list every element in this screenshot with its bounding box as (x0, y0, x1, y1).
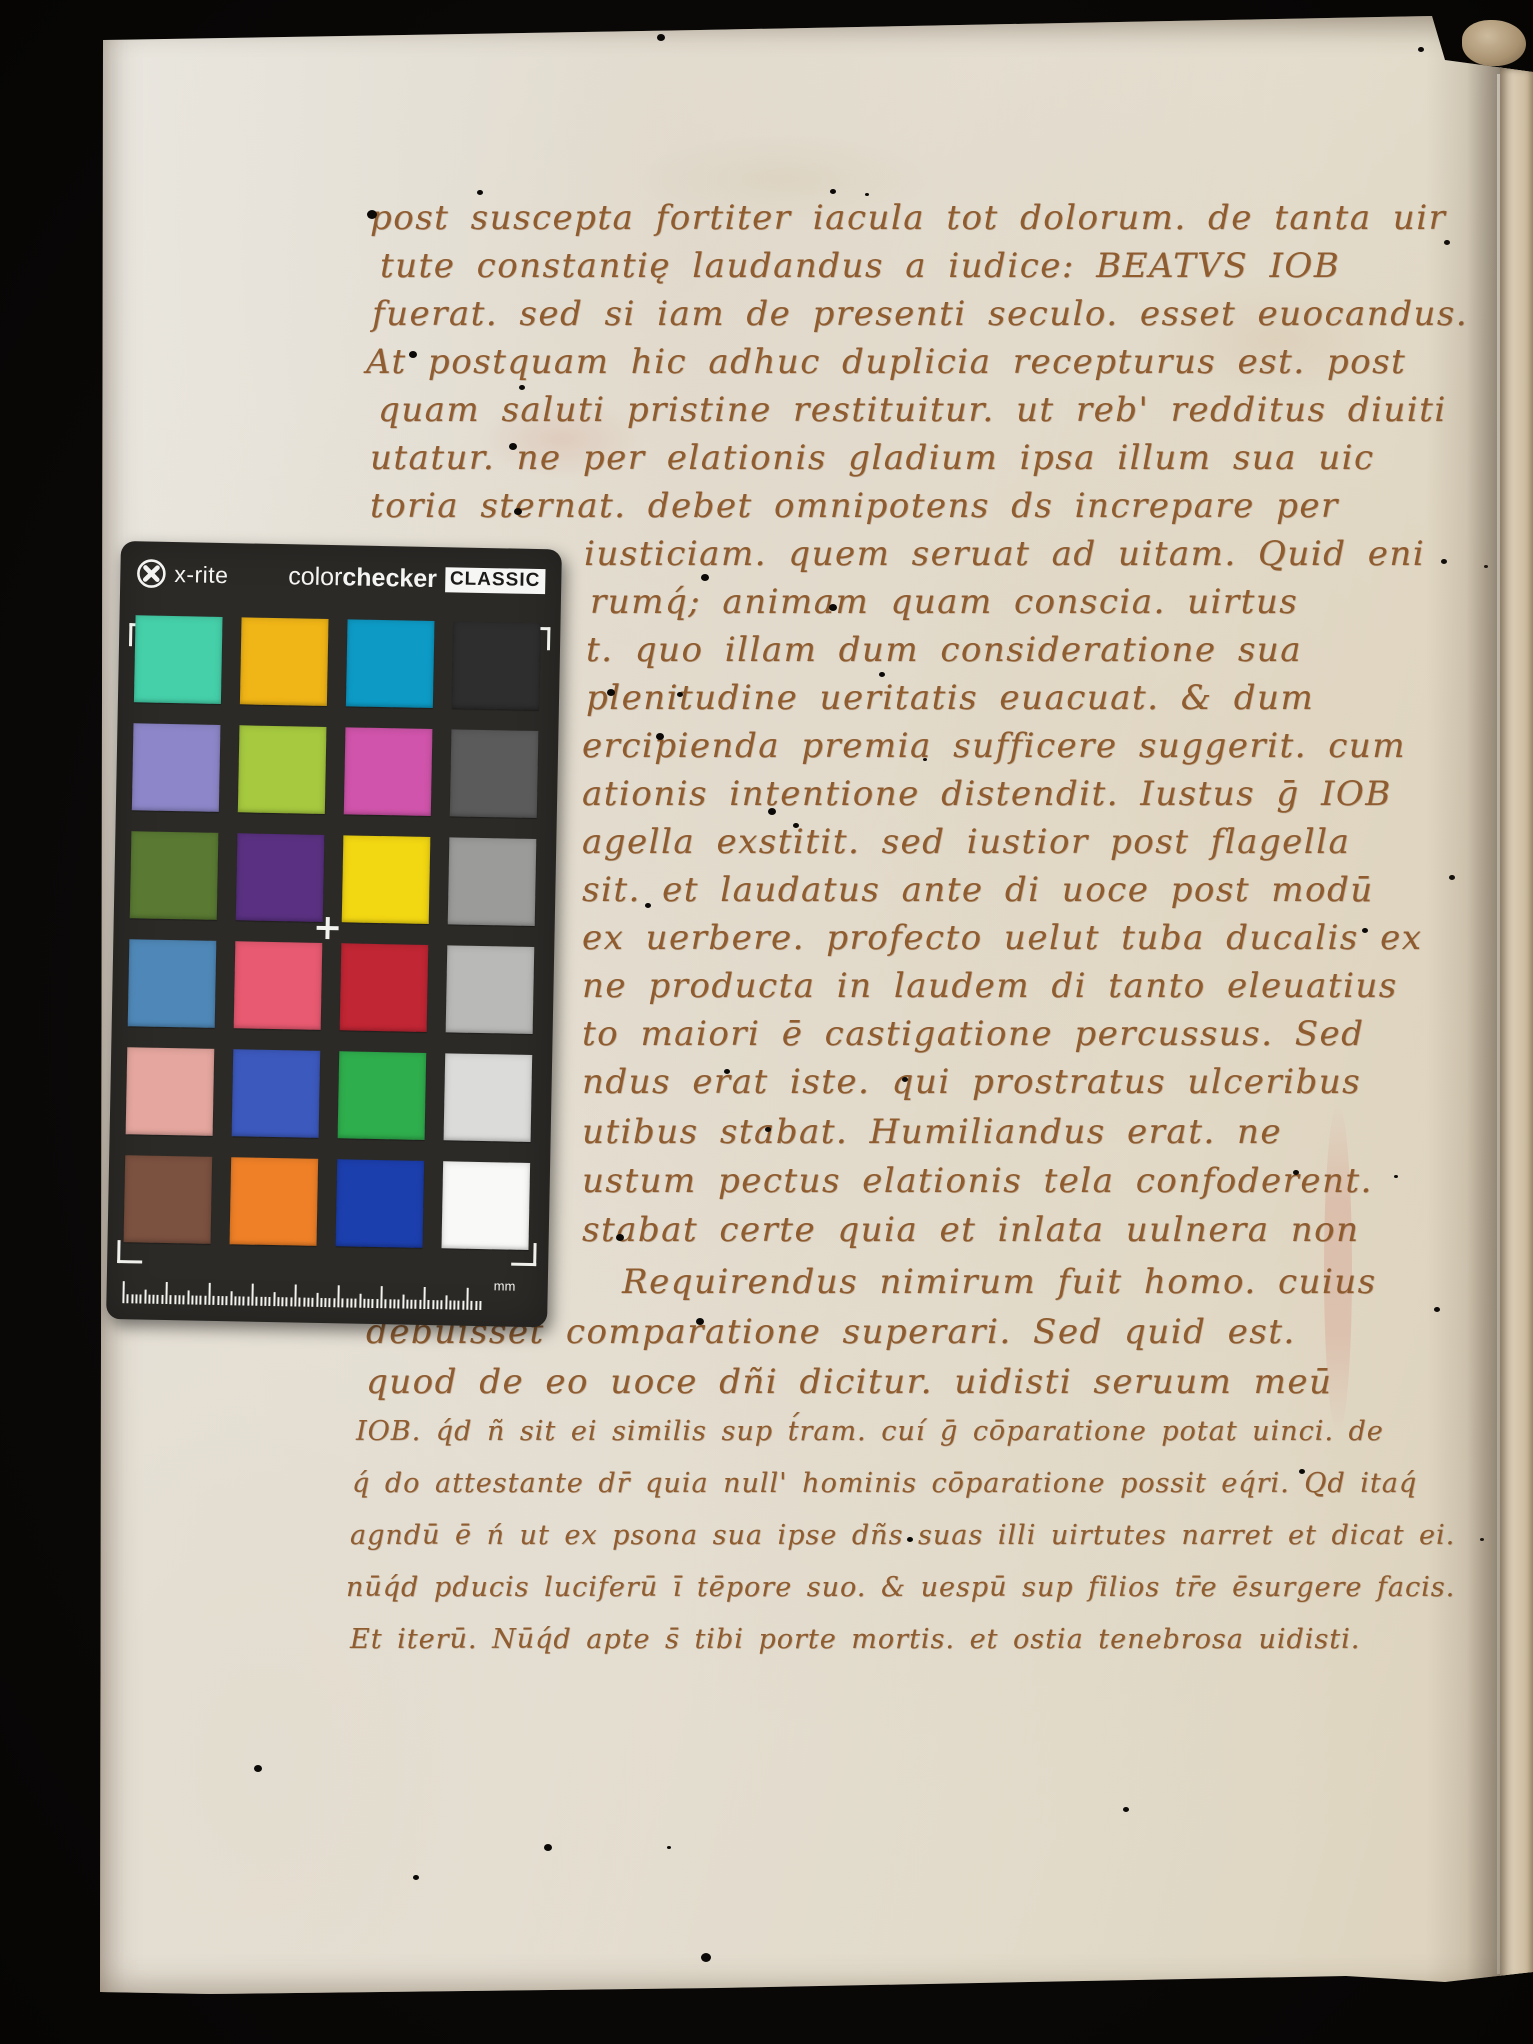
ruler-tick (380, 1286, 382, 1308)
manuscript-text-line: quod de eo uoce dñi dicitur. uidisti ser… (366, 1362, 1332, 1402)
color-patch (346, 619, 435, 708)
manuscript-text-line: q́ do attestante dr̄ quia null' hominis … (352, 1468, 1417, 1499)
color-patch (336, 1159, 425, 1248)
ink-dot (607, 689, 615, 696)
ink-dot (1418, 47, 1424, 52)
ruler-tick (148, 1295, 150, 1304)
color-patch (444, 1053, 533, 1142)
manuscript-text-line: post suscepta fortiter iacula tot doloru… (370, 198, 1446, 238)
manuscript-page: x-rite colorchecker CLASSIC mm post susc… (96, 14, 1533, 2004)
colorchecker-card: x-rite colorchecker CLASSIC mm (106, 541, 562, 1327)
ruler-tick (462, 1301, 464, 1310)
ruler-tick (247, 1297, 249, 1306)
ruler-tick (170, 1295, 172, 1304)
color-patch (448, 837, 537, 926)
manuscript-text-line: ationis intentione distendit. Iustus ḡ I… (582, 774, 1392, 814)
ruler-tick (286, 1297, 288, 1306)
ink-dot (667, 1846, 671, 1849)
ruler-tick (140, 1294, 142, 1303)
manuscript-text-line: iusticiam. quem seruat ad uitam. Quid en… (584, 534, 1425, 574)
ink-dot (701, 1953, 711, 1962)
color-patch (236, 833, 325, 922)
manuscript-text-line: plenitudine ueritatis euacuat. & dum (586, 678, 1314, 718)
ink-dot (1441, 559, 1447, 564)
ink-dot (865, 193, 869, 196)
ink-dot (1293, 1170, 1299, 1175)
ink-dot (544, 1844, 552, 1851)
ink-dot (724, 1069, 730, 1074)
ruler-tick (346, 1298, 348, 1307)
ruler-tick (294, 1284, 296, 1306)
manuscript-text-line: Requirendus nimirum fuit homo. cuius (622, 1262, 1377, 1302)
ruler-tick (432, 1300, 434, 1309)
ruler-tick (195, 1296, 197, 1305)
gutter-crease (1497, 74, 1500, 1974)
ruler-tick (363, 1299, 365, 1308)
manuscript-text-line: ndus erat iste. qui prostratus ulceribus (582, 1062, 1361, 1102)
ruler-tick (299, 1298, 301, 1307)
ruler-tick (217, 1296, 219, 1305)
ruler-tick (466, 1288, 468, 1310)
ink-dot (509, 443, 517, 450)
ruler-tick (178, 1295, 180, 1304)
ruler-tick (449, 1300, 451, 1309)
ruler-tick (238, 1296, 240, 1305)
ruler-tick (389, 1299, 391, 1308)
ruler-tick (415, 1300, 417, 1309)
color-patch (230, 1157, 319, 1246)
ink-dot (830, 189, 836, 194)
color-patch (342, 835, 431, 924)
ruler-tick (165, 1282, 167, 1304)
manuscript-text-line: agella exstitit. sed iustior post flagel… (582, 822, 1350, 862)
ruler-tick (204, 1296, 206, 1305)
color-patch (452, 621, 541, 710)
ruler-tick (281, 1297, 283, 1306)
ink-dot (907, 1537, 913, 1542)
ruler-tick (359, 1294, 361, 1308)
ruler-tick (226, 1296, 228, 1305)
manuscript-text-line: ustum pectus elationis tela confoderent. (582, 1161, 1373, 1201)
ruler-tick (122, 1281, 124, 1303)
ruler-tick (234, 1296, 236, 1305)
ink-dot (923, 758, 927, 761)
ruler-tick (312, 1298, 314, 1307)
center-cross-mark (316, 917, 338, 939)
color-patch (130, 831, 219, 920)
color-patch (240, 617, 329, 706)
ruler-tick (303, 1298, 305, 1307)
ruler-tick (277, 1297, 279, 1306)
manuscript-photo: x-rite colorchecker CLASSIC mm post susc… (0, 0, 1533, 2044)
manuscript-text-line: nūq́d pducis luciferū ī tēpore suo. & ue… (346, 1572, 1455, 1603)
ruler-tick (406, 1300, 408, 1309)
ruler-tick (320, 1298, 322, 1307)
brand-name: x-rite (174, 561, 229, 589)
ink-dot (254, 1765, 262, 1772)
manuscript-text-line: quam saluti pristine restituitur. ut reb… (378, 390, 1447, 430)
ruler-tick (191, 1295, 193, 1304)
ruler-tick (355, 1299, 357, 1308)
ink-dot (879, 672, 885, 677)
ink-dot (656, 733, 664, 740)
ruler-tick (428, 1300, 430, 1309)
ruler-tick (475, 1301, 477, 1310)
color-patch (132, 723, 221, 812)
color-patch (340, 943, 429, 1032)
ruler-tick (243, 1296, 245, 1305)
ruler-tick (307, 1298, 309, 1307)
color-patch (441, 1161, 530, 1250)
ruler-tick (440, 1300, 442, 1309)
color-patch (238, 725, 327, 814)
ink-dot (1362, 928, 1368, 933)
ruler-tick (342, 1298, 344, 1307)
color-patch (134, 615, 223, 704)
manuscript-text-line: sit. et laudatus ante di uoce post modū (582, 870, 1374, 910)
color-patch (126, 1047, 215, 1136)
manuscript-text-line: toria sternat. debet omnipotens ds incre… (370, 486, 1339, 526)
ruler-tick (376, 1299, 378, 1308)
ruler-tick (436, 1300, 438, 1309)
ruler-tick (161, 1295, 163, 1304)
ink-dot (519, 385, 525, 390)
colorchecker-title: colorchecker CLASSIC (288, 562, 546, 596)
ruler-tick (471, 1301, 473, 1310)
ink-dot (645, 903, 651, 908)
ruler-tick (337, 1285, 339, 1307)
crop-mark (117, 1240, 142, 1263)
ruler-tick (329, 1298, 331, 1307)
manuscript-text-line: agndū ē ń ut ex psona sua ipse dñs suas … (350, 1520, 1455, 1551)
ink-dot (768, 808, 776, 815)
ruler-tick (187, 1290, 189, 1304)
color-patch (338, 1051, 427, 1140)
color-patch (446, 945, 535, 1034)
ink-dot (902, 1077, 908, 1082)
ruler-tick (393, 1299, 395, 1308)
manuscript-text-line: fuerat. sed si iam de presenti seculo. e… (372, 294, 1468, 334)
ink-dot (514, 508, 522, 515)
ruler-tick (264, 1297, 266, 1306)
manuscript-text-line: rumq́; animam quam conscia. uirtus (590, 582, 1298, 622)
manuscript-text-line: tute constantię laudandus a iudice: BEAT… (380, 246, 1340, 286)
ruler-tick (333, 1298, 335, 1307)
binding-headband (1462, 20, 1526, 66)
manuscript-text-line: At postquam hic adhuc duplicia recepturu… (366, 342, 1406, 382)
manuscript-text-line: t. quo illam dum consideratione sua (586, 630, 1302, 670)
color-patch (128, 939, 217, 1028)
ruler-tick (200, 1296, 202, 1305)
ink-dot (696, 1318, 704, 1325)
ink-dot (677, 692, 683, 697)
ink-dot (1449, 875, 1455, 880)
color-patch (124, 1155, 213, 1244)
manuscript-text-line: utatur. ne per elationis gladium ipsa il… (370, 438, 1375, 478)
ink-dot (1299, 1469, 1305, 1474)
manuscript-text-line: utibus stabat. Humiliandus erat. ne (582, 1112, 1282, 1152)
ruler-tick (208, 1283, 210, 1305)
manuscript-text-line: ercipienda premia sufficere suggerit. cu… (582, 726, 1406, 766)
ruler-tick (398, 1299, 400, 1308)
manuscript-text-line: ne producta in laudem di tanto eleuatius (582, 966, 1398, 1006)
ruler-tick (127, 1294, 129, 1303)
card-header: x-rite colorchecker CLASSIC (120, 541, 562, 596)
ruler-tick (273, 1292, 275, 1306)
ink-dot (701, 574, 709, 581)
ruler-tick (290, 1297, 292, 1306)
ruler-tick (350, 1299, 352, 1308)
ink-dot (1123, 1807, 1129, 1812)
ruler-tick (152, 1295, 154, 1304)
ink-dot (829, 604, 837, 611)
mm-label: mm (494, 1278, 516, 1293)
ruler-tick (385, 1299, 387, 1308)
manuscript-text-line: IOB. q́d ñ sit ei similis sup t́ram. cuí… (356, 1416, 1384, 1447)
ruler-tick (131, 1294, 133, 1303)
ruler-tick (410, 1300, 412, 1309)
ruler-tick (135, 1294, 137, 1303)
ruler-tick (324, 1298, 326, 1307)
ink-dot (765, 1127, 771, 1132)
ruler-tick (419, 1300, 421, 1309)
ruler-tick (144, 1290, 146, 1304)
ruler-tick (157, 1295, 159, 1304)
manuscript-text-line: to maiori ē castigatione percussus. Sed (582, 1014, 1364, 1054)
ink-dot (1444, 240, 1450, 245)
ink-dot (1480, 1538, 1484, 1541)
ruler-tick (213, 1296, 215, 1305)
ruler-tick (269, 1297, 271, 1306)
manuscript-text-line: ex uerbere. profecto uelut tuba ducalis … (582, 918, 1422, 958)
ink-dot (616, 1234, 624, 1241)
ruler-tick (260, 1297, 262, 1306)
ruler-tick (256, 1297, 258, 1306)
color-patch (232, 1049, 321, 1138)
ruler-tick (458, 1301, 460, 1310)
ruler-tick (183, 1295, 185, 1304)
ruler-tick (445, 1295, 447, 1309)
ruler-tick (316, 1293, 318, 1307)
ruler-tick (251, 1284, 253, 1306)
ink-dot (1434, 1307, 1440, 1312)
ink-dot (1394, 1175, 1398, 1178)
ink-dot (477, 190, 483, 195)
adjacent-page-edge (1500, 68, 1533, 1980)
manuscript-text-line: stabat certe quia et inlata uulnera non (582, 1210, 1360, 1250)
ruler-tick (367, 1299, 369, 1308)
ruler-tick (174, 1295, 176, 1304)
ink-dot (657, 34, 665, 41)
mm-ruler: mm (106, 1273, 548, 1327)
manuscript-text-line: Et iterū. Nūq́d apte s̄ tibi porte morti… (350, 1624, 1360, 1655)
ruler-tick (230, 1291, 232, 1305)
ink-dot (413, 1875, 419, 1880)
classic-badge: CLASSIC (445, 567, 546, 594)
ruler-tick (402, 1295, 404, 1309)
xrite-brand: x-rite (136, 558, 229, 590)
ink-dot (1484, 565, 1488, 568)
color-patch (450, 729, 539, 818)
ruler-tick (221, 1296, 223, 1305)
title-text: colorchecker (288, 562, 437, 594)
ink-dot (793, 823, 799, 828)
xrite-logo-icon (136, 558, 167, 589)
ruler-tick (372, 1299, 374, 1308)
ink-dot (367, 210, 377, 219)
color-patch (344, 727, 433, 816)
ruler-tick (453, 1301, 455, 1310)
ink-dot (409, 351, 417, 358)
ruler-tick (479, 1301, 481, 1310)
color-patch (234, 941, 323, 1030)
ruler-tick (423, 1287, 425, 1309)
